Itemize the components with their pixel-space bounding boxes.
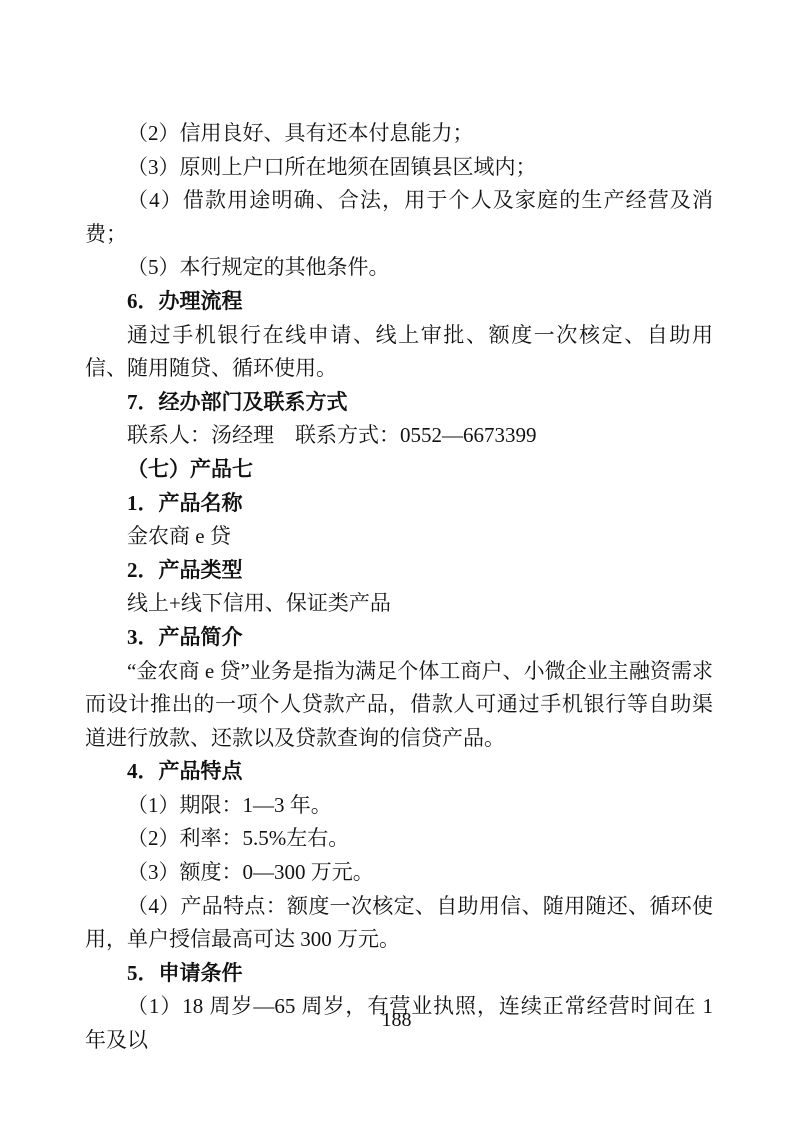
paragraph-numbered-heading: 2．产品类型 xyxy=(85,554,713,588)
page-number: 188 xyxy=(382,1009,412,1031)
document-body: （2）信用良好、具有还本付息能力；（3）原则上户口所在地须在固镇县区域内；（4）… xyxy=(85,117,713,1058)
paragraph-list-item: （4）借款用途明确、合法，用于个人及家庭的生产经营及消费； xyxy=(85,184,713,251)
paragraph-body: 联系人：汤经理 联系方式：0552—6673399 xyxy=(85,419,713,453)
paragraph-numbered-heading: 3．产品简介 xyxy=(85,621,713,655)
paragraph-body: 金农商 e 贷 xyxy=(85,520,713,554)
paragraph-list-item: （3）额度：0—300 万元。 xyxy=(85,856,713,890)
paragraph-list-item: （4）产品特点：额度一次核定、自助用信、随用随还、循环使用，单户授信最高可达 3… xyxy=(85,890,713,957)
paragraph-section-heading: （七）产品七 xyxy=(85,453,713,487)
page-footer: 188 xyxy=(0,1006,793,1034)
paragraph-numbered-heading: 5．申请条件 xyxy=(85,957,713,991)
paragraph-list-item: （2）信用良好、具有还本付息能力； xyxy=(85,117,713,151)
paragraph-numbered-heading: 7．经办部门及联系方式 xyxy=(85,386,713,420)
paragraph-list-item: （1）期限：1—3 年。 xyxy=(85,789,713,823)
paragraph-list-item: （5）本行规定的其他条件。 xyxy=(85,251,713,285)
paragraph-body: 通过手机银行在线申请、线上审批、额度一次核定、自助用信、随用随贷、循环使用。 xyxy=(85,319,713,386)
paragraph-numbered-heading: 6．办理流程 xyxy=(85,285,713,319)
document-page: （2）信用良好、具有还本付息能力；（3）原则上户口所在地须在固镇县区域内；（4）… xyxy=(0,0,793,1122)
paragraph-numbered-heading: 1．产品名称 xyxy=(85,487,713,521)
paragraph-body: 线上+线下信用、保证类产品 xyxy=(85,587,713,621)
paragraph-body: “金农商 e 贷”业务是指为满足个体工商户、小微企业主融资需求而设计推出的一项个… xyxy=(85,655,713,756)
paragraph-numbered-heading: 4．产品特点 xyxy=(85,755,713,789)
paragraph-list-item: （3）原则上户口所在地须在固镇县区域内； xyxy=(85,151,713,185)
paragraph-list-item: （2）利率：5.5%左右。 xyxy=(85,822,713,856)
